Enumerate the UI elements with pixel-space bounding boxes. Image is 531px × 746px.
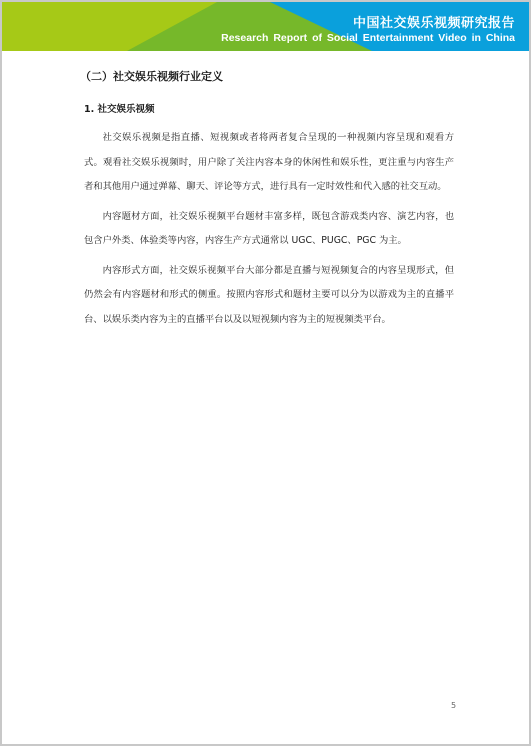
paragraph-content-forms: 内容形式方面，社交娱乐视频平台大部分都是直播与短视频复合的内容呈现形式，但仍然会…	[84, 259, 454, 333]
main-content: （二）社交娱乐视频行业定义 1. 社交娱乐视频 社交娱乐视频是指直播、短视频或者…	[84, 68, 454, 332]
document-page: 中国社交娱乐视频研究报告 Research Report of Social E…	[2, 2, 529, 744]
header-banner: 中国社交娱乐视频研究报告 Research Report of Social E…	[2, 2, 529, 51]
report-title-chinese: 中国社交娱乐视频研究报告	[353, 12, 515, 31]
paragraph-content-topics: 内容题材方面，社交娱乐视频平台题材丰富多样，既包含游戏类内容、演艺内容，也包含户…	[84, 205, 454, 254]
report-title-english: Research Report of Social Entertainment …	[221, 32, 515, 44]
section-heading: （二）社交娱乐视频行业定义	[80, 68, 454, 86]
subsection-heading: 1. 社交娱乐视频	[84, 102, 454, 118]
paragraph-definition: 社交娱乐视频是指直播、短视频或者将两者复合呈现的一种视频内容呈现和观看方式。观看…	[84, 126, 454, 200]
page-number: 5	[451, 701, 456, 710]
